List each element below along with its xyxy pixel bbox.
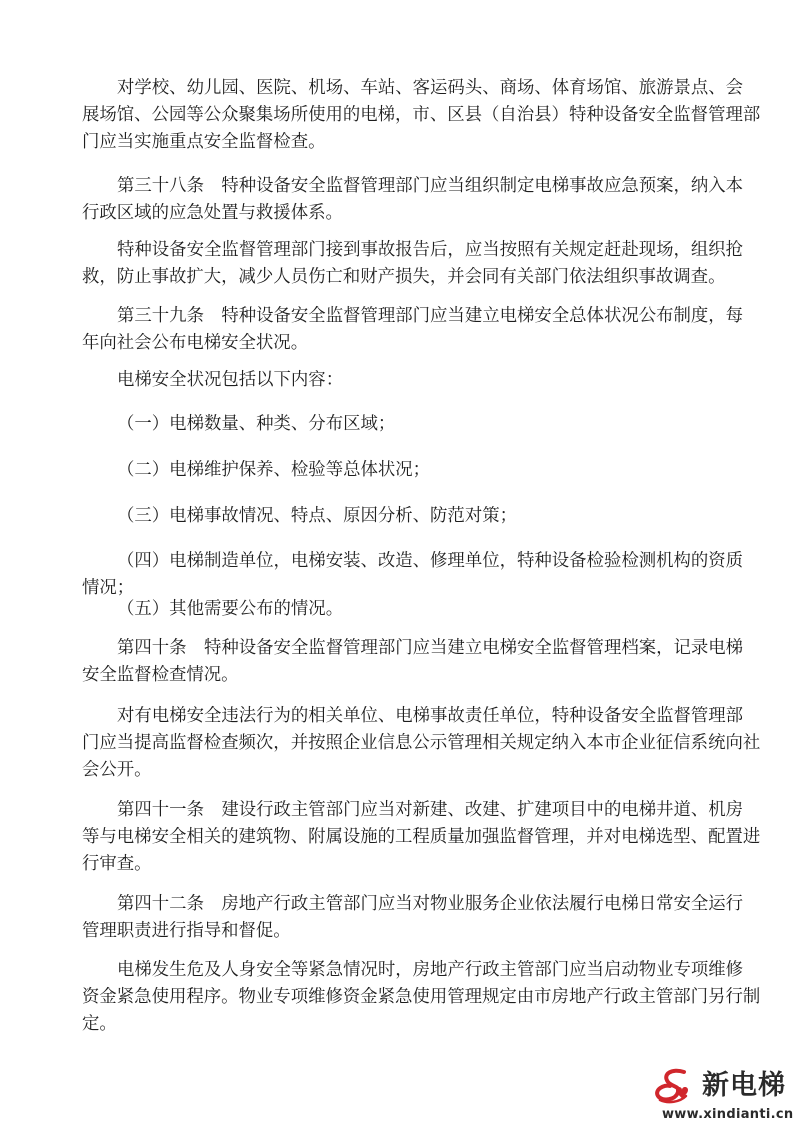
text-line: 对学校、幼儿园、医院、机场、车站、客运码头、商场、体育场馆、旅游景点、会 <box>117 78 722 98</box>
text-line: （二）电梯维护保养、检验等总体状况； <box>117 460 722 480</box>
text-line: 会公开。 <box>82 760 722 780</box>
text-line: 第四十条 特种设备安全监督管理部门应当建立电梯安全监督管理档案，记录电梯 <box>117 638 722 658</box>
text-line: 救，防止事故扩大，减少人员伤亡和财产损失，并会同有关部门依法组织事故调查。 <box>82 267 722 287</box>
watermark-url: www.xindianti.cn <box>662 1106 793 1124</box>
text-line: 第三十八条 特种设备安全监督管理部门应当组织制定电梯事故应急预案，纳入本 <box>117 176 722 196</box>
text-line: 对有电梯安全违法行为的相关单位、电梯事故责任单位，特种设备安全监督管理部 <box>117 706 722 726</box>
watermark-logo: 新电梯 www.xindianti.cn <box>652 1066 798 1128</box>
text-line: 安全监督检查情况。 <box>82 665 722 685</box>
document-page: 对学校、幼儿园、医院、机场、车站、客运码头、商场、体育场馆、旅游景点、会展场馆、… <box>0 0 800 1132</box>
text-line: 门应当实施重点安全监督检查。 <box>82 132 722 152</box>
text-line: 电梯安全状况包括以下内容： <box>117 370 722 390</box>
text-line: 年向社会公布电梯安全状况。 <box>82 333 722 353</box>
text-line: 第四十一条 建设行政主管部门应当对新建、改建、扩建项目中的电梯井道、机房 <box>117 800 722 820</box>
text-line: （五）其他需要公布的情况。 <box>117 599 722 619</box>
text-line: 门应当提高监督检查频次，并按照企业信息公示管理相关规定纳入本市企业征信系统向社 <box>82 733 722 753</box>
watermark-brand-name: 新电梯 <box>702 1068 786 1104</box>
xindianti-logo-icon <box>654 1068 694 1106</box>
text-line: 电梯发生危及人身安全等紧急情况时，房地产行政主管部门应当启动物业专项维修 <box>117 960 722 980</box>
text-line: 资金紧急使用程序。物业专项维修资金紧急使用管理规定由市房地产行政主管部门另行制 <box>82 987 722 1007</box>
text-line: （四）电梯制造单位，电梯安装、改造、修理单位，特种设备检验检测机构的资质 <box>117 551 722 571</box>
text-line: 行审查。 <box>82 854 722 874</box>
text-line: 等与电梯安全相关的建筑物、附属设施的工程质量加强监督管理，并对电梯选型、配置进 <box>82 827 722 847</box>
text-line: 特种设备安全监督管理部门接到事故报告后，应当按照有关规定赶赴现场，组织抢 <box>117 240 722 260</box>
text-line: 第四十二条 房地产行政主管部门应当对物业服务企业依法履行电梯日常安全运行 <box>117 894 722 914</box>
text-line: （一）电梯数量、种类、分布区域； <box>117 414 722 434</box>
text-line: （三）电梯事故情况、特点、原因分析、防范对策； <box>117 506 722 526</box>
text-line: 管理职责进行指导和督促。 <box>82 921 722 941</box>
text-line: 定。 <box>82 1014 722 1034</box>
text-line: 展场馆、公园等公众聚集场所使用的电梯，市、区县（自治县）特种设备安全监督管理部 <box>82 105 722 125</box>
text-line: 行政区域的应急处置与救援体系。 <box>82 203 722 223</box>
text-line: 情况； <box>82 578 722 598</box>
text-line: 第三十九条 特种设备安全监督管理部门应当建立电梯安全总体状况公布制度，每 <box>117 306 722 326</box>
